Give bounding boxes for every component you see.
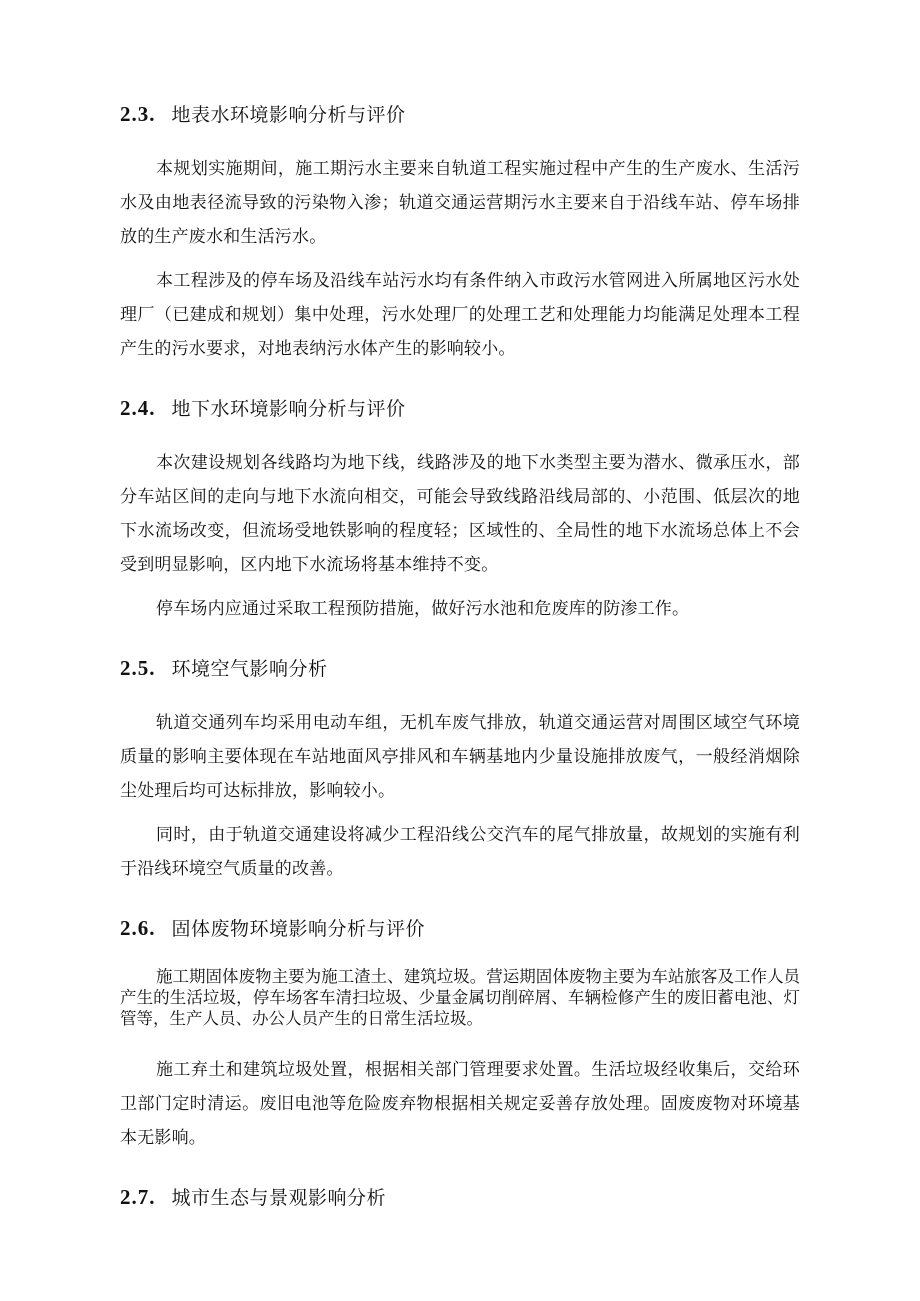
body-paragraph: 停车场内应通过采取工程预防措施，做好污水池和危废库的防渗工作。 bbox=[120, 592, 800, 626]
section-title: 地表水环境影响分析与评价 bbox=[172, 102, 406, 130]
document-page: 2.3. 地表水环境影响分析与评价 本规划实施期间，施工期污水主要来自轨道工程实… bbox=[0, 0, 920, 1301]
section-number: 2.6. bbox=[120, 914, 156, 942]
section-number: 2.7. bbox=[120, 1183, 156, 1211]
body-paragraph: 本规划实施期间，施工期污水主要来自轨道工程实施过程中产生的生产废水、生活污水及由… bbox=[120, 152, 800, 254]
body-paragraph: 同时，由于轨道交通建设将减少工程沿线公交汽车的尾气排放量，故规划的实施有利于沿线… bbox=[120, 818, 800, 886]
section-title: 城市生态与景观影响分析 bbox=[172, 1185, 387, 1213]
section-title: 地下水环境影响分析与评价 bbox=[172, 396, 406, 424]
section-number: 2.4. bbox=[120, 394, 156, 422]
section-heading-2-7: 2.7. 城市生态与景观影响分析 bbox=[120, 1183, 800, 1213]
body-paragraph: 本次建设规划各线路均为地下线，线路涉及的地下水类型主要为潜水、微承压水，部分车站… bbox=[120, 446, 800, 582]
body-paragraph: 施工弃土和建筑垃圾处置，根据相关部门管理要求处置。生活垃圾经收集后，交给环卫部门… bbox=[120, 1053, 800, 1155]
section-title: 环境空气影响分析 bbox=[172, 656, 328, 684]
body-paragraph: 本工程涉及的停车场及沿线车站污水均有条件纳入市政污水管网进入所属地区污水处理厂（… bbox=[120, 264, 800, 366]
section-heading-2-6: 2.6. 固体废物环境影响分析与评价 bbox=[120, 914, 800, 944]
body-paragraph: 轨道交通列车均采用电动车组，无机车废气排放，轨道交通运营对周围区域空气环境质量的… bbox=[120, 706, 800, 808]
section-title: 固体废物环境影响分析与评价 bbox=[172, 916, 426, 944]
section-heading-2-4: 2.4. 地下水环境影响分析与评价 bbox=[120, 394, 800, 424]
body-paragraph: 施工期固体废物主要为施工渣土、建筑垃圾。营运期固体废物主要为车站旅客及工作人员产… bbox=[120, 966, 800, 1029]
section-heading-2-5: 2.5. 环境空气影响分析 bbox=[120, 654, 800, 684]
section-heading-2-3: 2.3. 地表水环境影响分析与评价 bbox=[120, 100, 800, 130]
section-number: 2.3. bbox=[120, 100, 156, 128]
section-number: 2.5. bbox=[120, 654, 156, 682]
